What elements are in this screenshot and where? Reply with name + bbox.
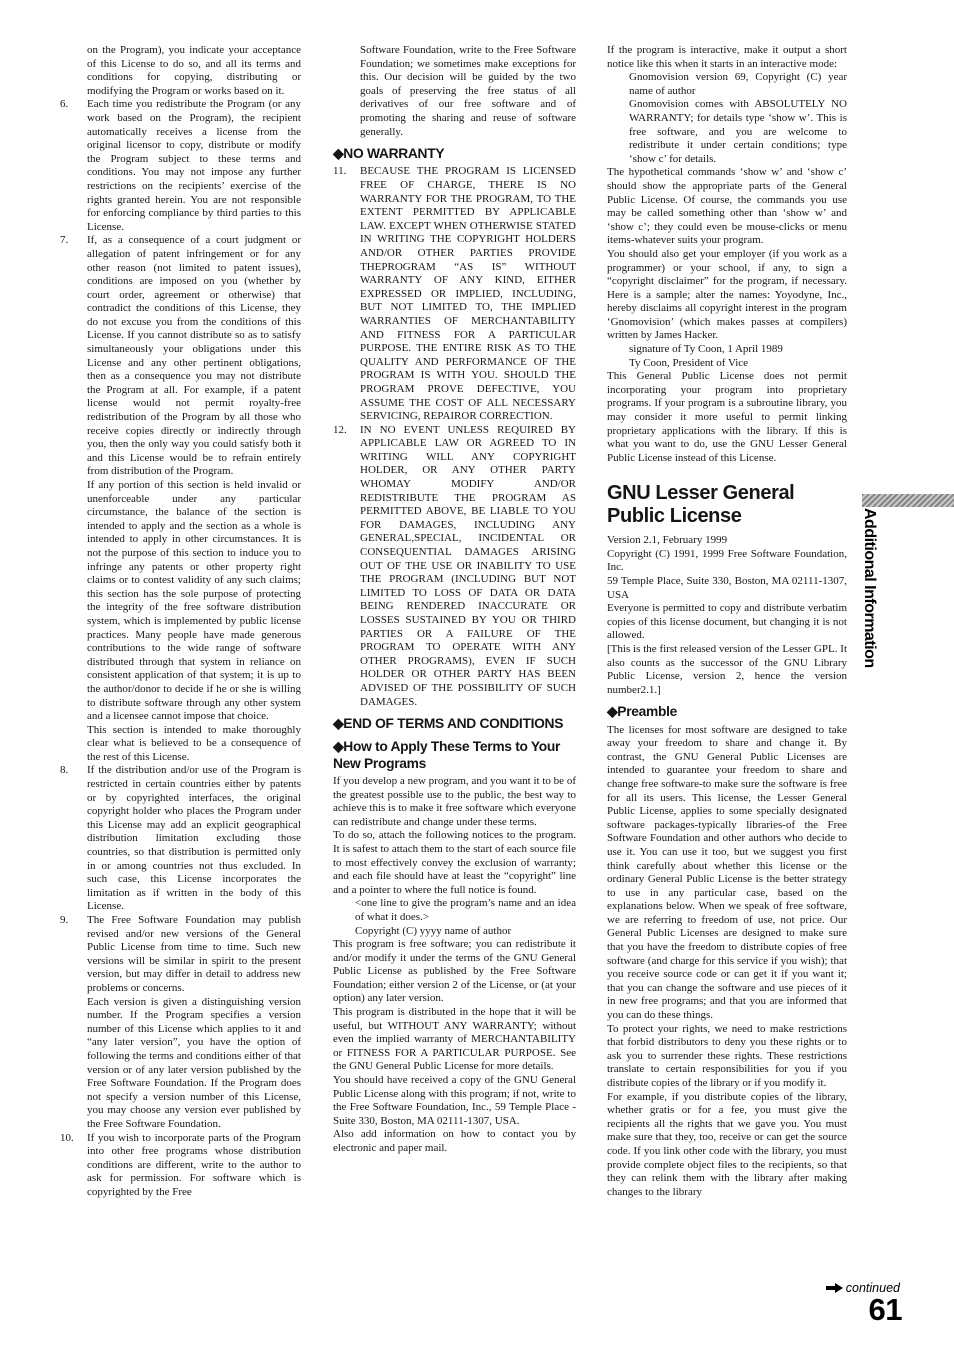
list-item-text: If you wish to incorporate parts of the … xyxy=(87,1132,301,1200)
paragraph: Each version is given a distinguishing v… xyxy=(87,996,301,1132)
list-item-text: Each time you redistribute the Program (… xyxy=(87,98,301,234)
paragraph: The licenses for most software are desig… xyxy=(607,724,847,1023)
sample-line: Ty Coon, President of Vice xyxy=(629,357,847,371)
section-heading: ◆How to Apply These Terms to Your New Pr… xyxy=(333,739,576,772)
sample-line: signature of Ty Coon, 1 April 1989 xyxy=(629,343,847,357)
list-item: 10.If you wish to incorporate parts of t… xyxy=(60,1132,301,1200)
sample-line: Gnomovision comes with ABSOLUTELY NO WAR… xyxy=(629,98,847,166)
list-number: 9. xyxy=(60,914,87,996)
paragraph: The hypothetical commands ‘show w’ and ‘… xyxy=(607,166,847,248)
paragraph: You should have received a copy of the G… xyxy=(333,1074,576,1128)
list-item-text: The Free Software Foundation may publish… xyxy=(87,914,301,996)
list-item: 9.The Free Software Foundation may publi… xyxy=(60,914,301,996)
list-number: 8. xyxy=(60,764,87,914)
paragraph: on the Program), you indicate your accep… xyxy=(87,44,301,98)
manual-page: on the Program), you indicate your accep… xyxy=(0,0,954,1351)
list-item-text: If, as a consequence of a court judgment… xyxy=(87,234,301,479)
list-item: 11.BECAUSE THE PROGRAM IS LICENSED FREE … xyxy=(333,165,576,423)
section-tab-additional-information: Additional Information xyxy=(860,508,878,668)
paragraph: This program is distributed in the hope … xyxy=(333,1006,576,1074)
list-number: 10. xyxy=(60,1132,87,1200)
list-number: 12. xyxy=(333,424,360,709)
paragraph: This program is free software; you can r… xyxy=(333,938,576,1006)
paragraph: If any portion of this section is held i… xyxy=(87,479,301,724)
sample-line: Copyright (C) yyyy name of author xyxy=(355,925,576,939)
list-item-text: IN NO EVENT UNLESS REQUIRED BY APPLICABL… xyxy=(360,424,576,709)
list-number: 7. xyxy=(60,234,87,479)
paragraph: [This is the first released version of t… xyxy=(607,643,847,697)
license-column-1: on the Program), you indicate your accep… xyxy=(60,44,301,1199)
section-tab-hatch-pattern xyxy=(862,494,954,507)
paragraph: This section is intended to make thoroug… xyxy=(87,724,301,765)
paragraph: Also add information on how to contact y… xyxy=(333,1128,576,1155)
paragraph: This General Public License does not per… xyxy=(607,370,847,465)
list-item: 12.IN NO EVENT UNLESS REQUIRED BY APPLIC… xyxy=(333,424,576,709)
paragraph: Version 2.1, February 1999 xyxy=(607,534,847,548)
paragraph: For example, if you distribute copies of… xyxy=(607,1091,847,1200)
section-heading: ◆NO WARRANTY xyxy=(333,146,576,162)
paragraph: Everyone is permitted to copy and distri… xyxy=(607,602,847,643)
license-title: GNU Lesser General Public License xyxy=(607,482,847,527)
sample-line: Gnomovision version 69, Copyright (C) ye… xyxy=(629,71,847,98)
list-item-text: BECAUSE THE PROGRAM IS LICENSED FREE OF … xyxy=(360,165,576,423)
paragraph: Software Foundation, write to the Free S… xyxy=(360,44,576,139)
section-heading: ◆END OF TERMS AND CONDITIONS xyxy=(333,716,576,732)
continued-arrow-icon xyxy=(826,1283,843,1293)
list-number: 11. xyxy=(333,165,360,423)
license-column-3: If the program is interactive, make it o… xyxy=(607,44,847,1199)
paragraph: You should also get your employer (if yo… xyxy=(607,248,847,343)
list-number: 6. xyxy=(60,98,87,234)
list-item: 6.Each time you redistribute the Program… xyxy=(60,98,301,234)
section-heading: ◆Preamble xyxy=(607,704,847,720)
license-column-2: Software Foundation, write to the Free S… xyxy=(333,44,576,1156)
paragraph: If the program is interactive, make it o… xyxy=(607,44,847,71)
paragraph: To do so, attach the following notices t… xyxy=(333,829,576,897)
list-item: 8.If the distribution and/or use of the … xyxy=(60,764,301,914)
paragraph: 59 Temple Place, Suite 330, Boston, MA 0… xyxy=(607,575,847,602)
list-item: 7.If, as a consequence of a court judgme… xyxy=(60,234,301,479)
paragraph: If you develop a new program, and you wa… xyxy=(333,775,576,829)
sample-line: <one line to give the program’s name and… xyxy=(355,897,576,924)
list-item-text: If the distribution and/or use of the Pr… xyxy=(87,764,301,914)
paragraph: Copyright (C) 1991, 1999 Free Software F… xyxy=(607,548,847,575)
page-number: 61 xyxy=(869,1292,902,1328)
paragraph: To protect your rights, we need to make … xyxy=(607,1023,847,1091)
